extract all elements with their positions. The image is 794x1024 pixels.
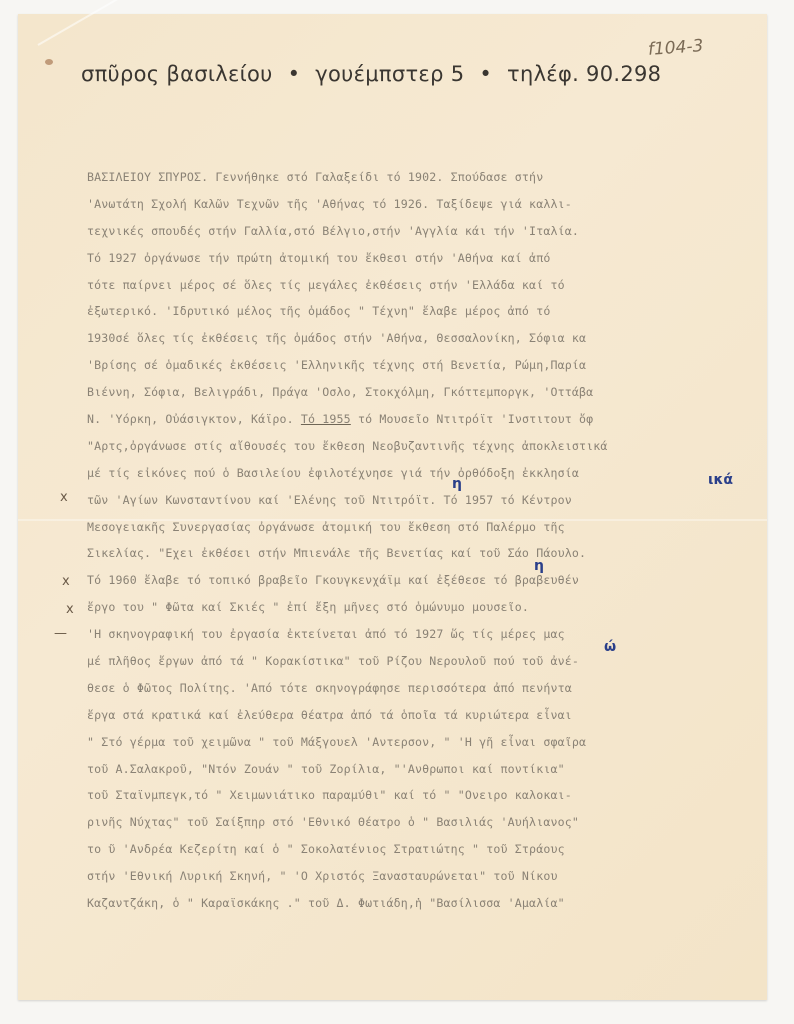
text-line: Ν. 'Υόρκη, Οὐάσιγκτον, Κάϊρο. Τό 1955 τό…: [87, 406, 767, 433]
ink-correction: ώ: [604, 639, 616, 655]
text-line: Μεσογειακῆς Συνεργασίας ὀργάνωσε ἀτομική…: [87, 514, 767, 541]
letterhead-phone: τηλέφ. 90.298: [507, 62, 661, 86]
text-line: Βιέννη, Σόφια, Βελιγράδι, Πράγα 'Οσλο, Σ…: [87, 379, 767, 406]
margin-mark-x: x: [60, 490, 68, 505]
text-line: στήν 'Εθνική Λυρική Σκηνή, " 'Ο Χριστός …: [87, 863, 767, 890]
ink-correction: η: [452, 476, 462, 492]
text-line: 'Ανωτάτη Σχολή Καλῶν Τεχνῶν τῆς 'Αθήνας …: [87, 191, 767, 218]
text-line: 1930σέ ὅλες τίς ἐκθέσεις τῆς ὁμάδος στήν…: [87, 325, 767, 352]
text-line: τῶν 'Αγίων Κωνσταντίνου καί 'Ελένης τοῦ …: [87, 487, 767, 514]
text-line: 'Η σκηνογραφική του ἐργασία ἐκτείνεται ἀ…: [87, 621, 767, 648]
margin-mark-x: x: [66, 602, 74, 617]
text-line: Τό 1927 ὀργάνωσε τήν πρώτη ἀτομική του ἔ…: [87, 245, 767, 272]
text-line: τοῦ Σταϊνμπεγκ,τό " Χειμωνιάτικο παραμύθ…: [87, 782, 767, 809]
letterhead-separator: •: [288, 62, 301, 86]
letterhead: σπῦρος βασιλείου • γουέμπστερ 5 • τηλέφ.…: [81, 62, 661, 86]
letterhead-name: σπῦρος βασιλείου: [81, 62, 273, 86]
underlined-phrase: Τό 1955: [301, 412, 351, 426]
paper-crease: [38, 0, 178, 46]
text-line: θεσε ὁ Φῶτος Πολίτης. 'Από τότε σκηνογρά…: [87, 675, 767, 702]
typed-biography: ΒΑΣΙΛΕΙΟΥ ΣΠΥΡΟΣ. Γεννήθηκε στό Γαλαξείδ…: [87, 164, 767, 917]
paper-stain: [45, 59, 53, 65]
text-line: μέ τίς εἰκόνες πού ὁ Βασιλείου ἐφιλοτέχν…: [87, 460, 767, 487]
text-line: ἐξωτερικό. 'Ιδρυτικό μέλος τῆς ὁμάδος " …: [87, 298, 767, 325]
text-line: ἔργα στά κρατικά καί ἐλεύθερα θέατρα ἀπό…: [87, 702, 767, 729]
folio-note: f104-3: [647, 36, 704, 60]
letterhead-separator: •: [479, 62, 492, 86]
text-line: " Στό γέρμα τοῦ χειμῶνα " τοῦ Μάξγουελ '…: [87, 729, 767, 756]
text-line: Καζαντζάκη, ὁ " Καραϊσκάκης ." τοῦ Δ. Φω…: [87, 890, 767, 917]
text-line: ἔργο του " Φῶτα καί Σκιές " ἐπί ἔξη μῆνε…: [87, 594, 767, 621]
text-line: τοῦ Α.Σαλακροῦ, "Ντόν Ζουάν " τοῦ Ζορίλι…: [87, 756, 767, 783]
text-line: το ῦ 'Ανδρέα Κεζερίτη καί ὁ " Σοκολατένι…: [87, 836, 767, 863]
ink-correction: η: [534, 558, 544, 574]
document-page: f104-3 σπῦρος βασιλείου • γουέμπστερ 5 •…: [18, 14, 767, 1000]
margin-mark-dash: —: [54, 626, 67, 641]
text-line: 'Βρίσης σέ ὁμαδικές ἐκθέσεις 'Ελληνικῆς …: [87, 352, 767, 379]
margin-mark-x: x: [62, 574, 70, 589]
letterhead-address: γουέμπστερ 5: [315, 62, 464, 86]
text-line: τεχνικές σπουδές στήν Γαλλία,στό Βέλγιο,…: [87, 218, 767, 245]
text-line: Τό 1960 ἔλαβε τό τοπικό βραβεῖο Γκουγκεν…: [87, 567, 767, 594]
text-line: ΒΑΣΙΛΕΙΟΥ ΣΠΥΡΟΣ. Γεννήθηκε στό Γαλαξείδ…: [87, 164, 767, 191]
text-line: τότε παίρνει μέρος σέ ὅλες τίς μεγάλες ἐ…: [87, 272, 767, 299]
text-line: Σικελίας. "Εχει ἐκθέσει στήν Μπιενάλε τῆ…: [87, 540, 767, 567]
text-line: "Αρτς,ὀργάνωσε στίς αἴθουσές του ἔκθεση …: [87, 433, 767, 460]
text-line: ρινῆς Νύχτας" τοῦ Σαίξπηρ στό 'Εθνικό Θέ…: [87, 809, 767, 836]
text-line: μέ πλῆθος ἔργων ἀπό τά " Κορακίστικα" το…: [87, 648, 767, 675]
ink-correction: ικά: [708, 472, 733, 488]
